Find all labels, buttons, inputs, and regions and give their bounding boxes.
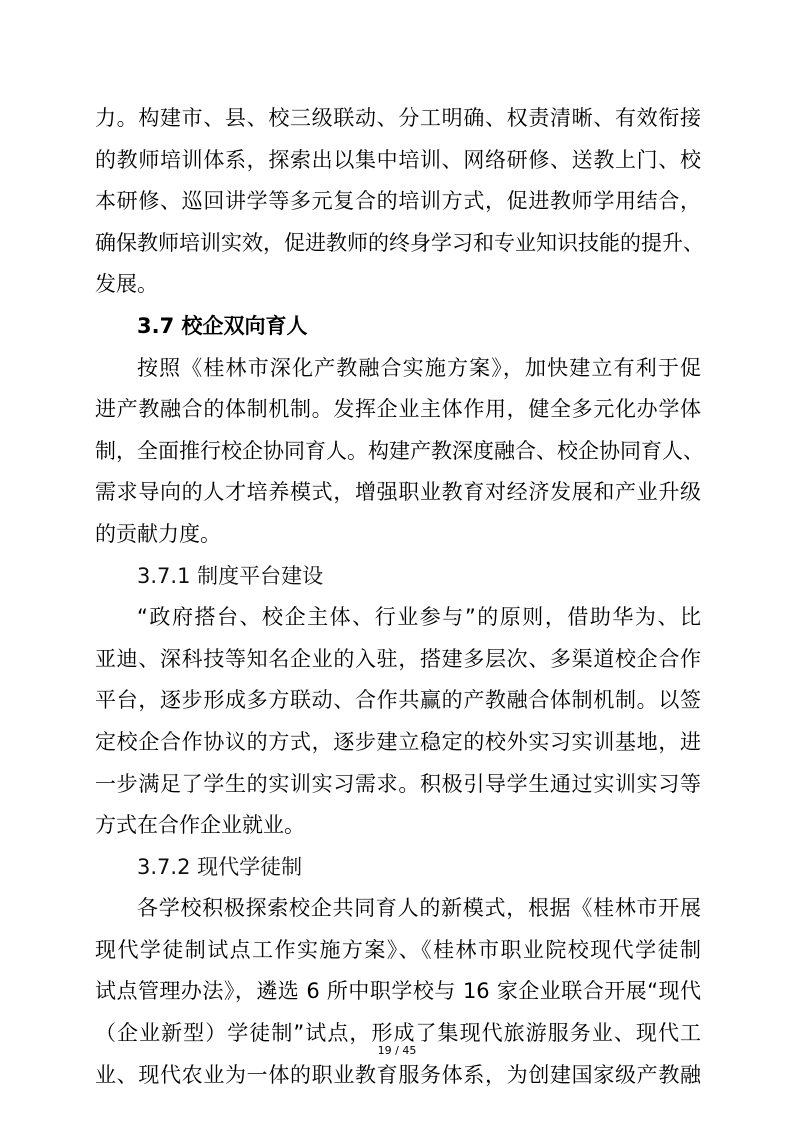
text-line: 的教师培训体系，探索出以集中培训、网络研修、送教上门、校 — [95, 140, 701, 182]
text-line: 业、现代农业为一体的职业教育服务体系，为创建国家级产教融 — [95, 1055, 701, 1097]
section-paragraph: 按照《桂林市深化产教融合实施方案》，加快建立有利于促 进产教融合的体制机制。发挥… — [95, 348, 701, 556]
text-line: 本研修、巡回讲学等多元复合的培训方式，促进教师学用结合， — [95, 181, 701, 223]
text-line: “政府搭台、校企主体、行业参与”的原则，借助华为、比 — [95, 597, 701, 639]
text-line: 需求导向的人才培养模式，增强职业教育对经济发展和产业升级 — [95, 472, 701, 514]
paragraph-continued: 力。构建市、县、校三级联动、分工明确、权责清晰、有效衔接 的教师培训体系，探索出… — [95, 98, 701, 306]
text-line: 现代学徒制试点工作实施方案》、《桂林市职业院校现代学徒制 — [95, 930, 701, 972]
text-line: 平台，逐步形成多方联动、合作共赢的产教融合体制机制。以签 — [95, 680, 701, 722]
subsection-heading: 3.7.2 现代学徒制 — [95, 847, 701, 889]
text-line: 进产教融合的体制机制。发挥企业主体作用，健全多元化办学体 — [95, 389, 701, 431]
document-page: 力。构建市、县、校三级联动、分工明确、权责清晰、有效衔接 的教师培训体系，探索出… — [0, 0, 794, 1123]
text-line: 试点管理办法》，遴选 6 所中职学校与 16 家企业联合开展“现代 — [95, 971, 701, 1013]
text-line: 按照《桂林市深化产教融合实施方案》，加快建立有利于促 — [95, 348, 701, 390]
subsection-heading: 3.7.1 制度平台建设 — [95, 556, 701, 598]
text-line: 定校企合作协议的方式，逐步建立稳定的校外实习实训基地，进 — [95, 722, 701, 764]
text-line: 方式在合作企业就业。 — [95, 805, 701, 847]
subsection-1-paragraph: “政府搭台、校企主体、行业参与”的原则，借助华为、比 亚迪、深科技等知名企业的入… — [95, 597, 701, 847]
page-number: 19 / 45 — [0, 1044, 794, 1057]
page-content: 力。构建市、县、校三级联动、分工明确、权责清晰、有效衔接 的教师培训体系，探索出… — [95, 98, 701, 1096]
text-line: 确保教师培训实效，促进教师的终身学习和专业知识技能的提升、 — [95, 223, 701, 265]
text-line: 力。构建市、县、校三级联动、分工明确、权责清晰、有效衔接 — [95, 98, 701, 140]
text-line: 一步满足了学生的实训实习需求。积极引导学生通过实训实习等 — [95, 764, 701, 806]
text-line: 亚迪、深科技等知名企业的入驻，搭建多层次、多渠道校企合作 — [95, 639, 701, 681]
text-line: 制，全面推行校企协同育人。构建产教深度融合、校企协同育人、 — [95, 431, 701, 473]
text-line: 的贡献力度。 — [95, 514, 701, 556]
text-line: 各学校积极探索校企共同育人的新模式，根据《桂林市开展 — [95, 888, 701, 930]
subsection-2-paragraph: 各学校积极探索校企共同育人的新模式，根据《桂林市开展 现代学徒制试点工作实施方案… — [95, 888, 701, 1096]
text-line: 发展。 — [95, 264, 701, 306]
section-heading: 3.7 校企双向育人 — [95, 306, 701, 348]
